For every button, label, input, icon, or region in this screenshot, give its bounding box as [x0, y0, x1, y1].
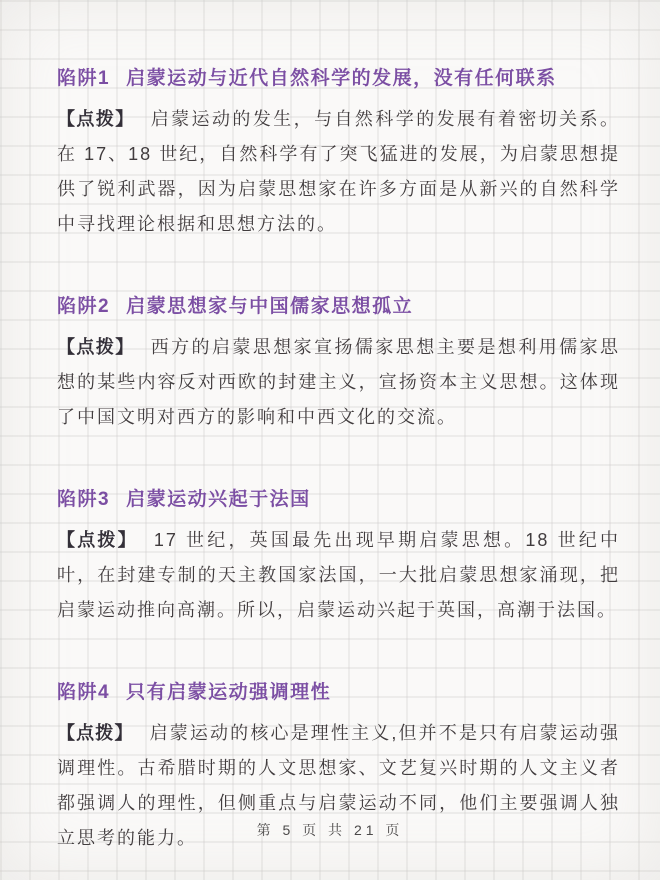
trap-section-3: 陷阱3启蒙运动兴起于法国 【点拨】17 世纪，英国最先出现早期启蒙思想。18 世…: [57, 487, 620, 628]
page-number-footer: 第 5 页 共 21 页: [0, 820, 660, 840]
tip-paragraph: 【点拨】启蒙运动的发生，与自然科学的发展有着密切关系。在 17、18 世纪，自然…: [57, 102, 620, 242]
section-heading: 陷阱1启蒙运动与近代自然科学的发展，没有任何联系: [57, 66, 620, 92]
notes-page: 陷阱1启蒙运动与近代自然科学的发展，没有任何联系 【点拨】启蒙运动的发生，与自然…: [0, 0, 660, 880]
trap-number-label: 陷阱4: [57, 682, 110, 703]
trap-number-label: 陷阱3: [57, 489, 110, 510]
tip-paragraph: 【点拨】17 世纪，英国最先出现早期启蒙思想。18 世纪中叶，在封建专制的天主教…: [57, 523, 620, 628]
tip-label: 【点拨】: [57, 109, 135, 129]
trap-section-2: 陷阱2启蒙思想家与中国儒家思想孤立 【点拨】西方的启蒙思想家宣扬儒家思想主要是想…: [57, 294, 620, 435]
section-heading: 陷阱4只有启蒙运动强调理性: [57, 680, 620, 706]
trap-number-label: 陷阱2: [57, 296, 110, 317]
trap-section-1: 陷阱1启蒙运动与近代自然科学的发展，没有任何联系 【点拨】启蒙运动的发生，与自然…: [57, 66, 620, 242]
tip-body-text: 启蒙运动的发生，与自然科学的发展有着密切关系。在 17、18 世纪，自然科学有了…: [57, 109, 620, 234]
trap-title: 启蒙思想家与中国儒家思想孤立: [126, 296, 413, 317]
trap-title: 只有启蒙运动强调理性: [126, 682, 331, 703]
tip-body-text: 17 世纪，英国最先出现早期启蒙思想。18 世纪中叶，在封建专制的天主教国家法国…: [57, 530, 620, 620]
trap-title: 启蒙运动与近代自然科学的发展，没有任何联系: [126, 68, 557, 89]
tip-label: 【点拨】: [57, 723, 134, 743]
trap-title: 启蒙运动兴起于法国: [126, 489, 311, 510]
tip-label: 【点拨】: [57, 337, 135, 357]
section-heading: 陷阱3启蒙运动兴起于法国: [57, 487, 620, 513]
page-content: 陷阱1启蒙运动与近代自然科学的发展，没有任何联系 【点拨】启蒙运动的发生，与自然…: [0, 0, 660, 856]
tip-label: 【点拨】: [57, 530, 138, 550]
section-heading: 陷阱2启蒙思想家与中国儒家思想孤立: [57, 294, 620, 320]
tip-paragraph: 【点拨】西方的启蒙思想家宣扬儒家思想主要是想利用儒家思想的某些内容反对西欧的封建…: [57, 330, 620, 435]
trap-number-label: 陷阱1: [57, 68, 110, 89]
tip-body-text: 西方的启蒙思想家宣扬儒家思想主要是想利用儒家思想的某些内容反对西欧的封建主义，宣…: [57, 337, 620, 427]
